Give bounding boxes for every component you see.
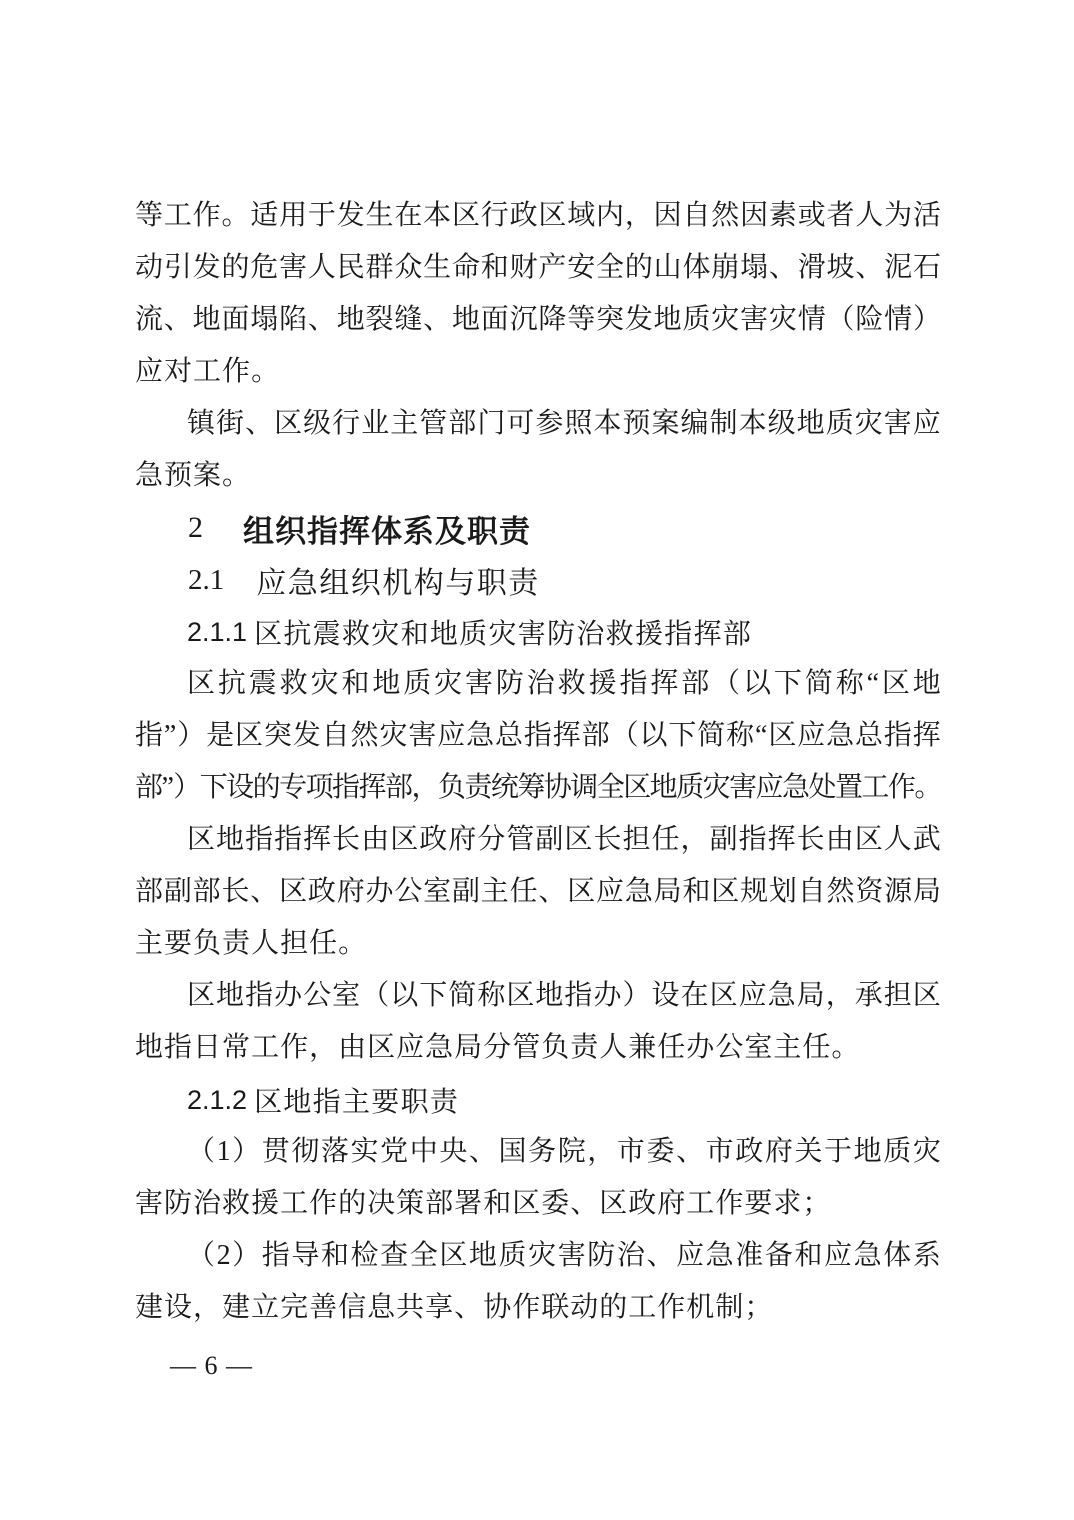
character: 以 [639,710,667,762]
character: 府 [657,1178,685,1230]
character: ） [232,1230,260,1282]
character: 山 [654,242,682,294]
character: 地 [650,762,676,814]
character: 下 [774,658,802,710]
character: 和 [682,866,710,918]
character: 以 [743,658,771,710]
character: 然 [351,710,379,762]
character: 建 [222,1282,250,1334]
character: 等 [135,190,163,242]
character: 和 [794,1230,822,1282]
character: 害 [279,242,307,294]
character: 备 [765,1230,793,1282]
character: 门 [477,398,505,450]
text-line: 部副部长、区政府办公室副主任、区应急局和区规划自然资源局 [135,866,941,918]
character: ； [802,1178,830,1230]
character: ） [913,294,941,346]
character: 制 [715,1282,743,1334]
character: 可 [506,398,534,450]
text-line: 区抗震救灾和地质灾害防治救援指挥部（以下简称“区地 [135,658,941,710]
character: 办 [593,970,621,1022]
character: 灾 [703,762,729,814]
character: 急 [425,1022,453,1074]
heading-line: 2.1应急组织机构与职责 [135,554,941,606]
character: 动 [570,1282,598,1334]
character: 沉 [510,294,538,346]
character: 作 [309,1178,337,1230]
character: 工 [251,1022,279,1074]
character: 人 [308,242,336,294]
character: 区 [274,398,302,450]
character: ） [177,710,205,762]
character: 区 [711,866,739,918]
character: 公 [394,866,422,918]
character: 、 [646,1230,674,1282]
character: 称 [836,658,864,710]
character: 援 [251,1178,279,1230]
character: 府 [448,814,476,866]
character: 本 [423,190,451,242]
character: 区 [439,1230,467,1282]
character: 部 [193,866,221,918]
heading-number: 2.1.2 [187,1085,247,1116]
character: 制 [710,398,738,450]
text-line: 建设，建立完善信息共享、协作联动的工作机制； [135,1282,941,1334]
character: ， [625,190,653,242]
character: 自 [798,866,826,918]
character: 全 [597,762,623,814]
character: 救 [222,1178,250,1230]
character: 地 [372,658,400,710]
character: 指 [245,814,273,866]
character: 应 [396,1022,424,1074]
character: 质 [826,398,854,450]
character: ” [164,710,176,762]
character: 武 [913,814,941,866]
character: 动 [135,242,163,294]
character: 适 [250,190,278,242]
character: 工 [164,190,192,242]
character: 总 [495,710,523,762]
character: 急 [826,710,854,762]
character: 局 [913,866,941,918]
paragraph: 镇街、区级行业主管部门可参照本预案编制本级地质灾害应急预案。 [135,398,941,502]
character: 急 [625,866,653,918]
character: ， [411,762,437,814]
character: 塌 [740,242,768,294]
character: 党 [380,1126,408,1178]
character: 灾 [311,658,339,710]
character: 负 [438,762,464,814]
character: 因 [654,190,682,242]
character: 信 [338,1282,366,1334]
character: 区 [452,190,480,242]
character: 和 [321,1230,349,1282]
character: 区 [855,814,883,866]
character: 工 [628,1282,656,1334]
character: 在 [394,190,422,242]
character: 急 [854,1230,882,1282]
character: 区 [187,814,215,866]
character: 镇 [187,398,215,450]
character: 者 [827,190,855,242]
character: 发 [293,710,321,762]
character: 准 [735,1230,763,1282]
character: 和 [341,658,369,710]
character: 局 [654,866,682,918]
character: 长 [221,866,249,918]
character: 长 [332,814,360,866]
character: 源 [884,866,912,918]
character: ， [309,1022,337,1074]
character: 策 [396,1178,424,1230]
character: （ [611,710,639,762]
character: 全 [596,242,624,294]
character: 区 [187,658,215,710]
text-line: 指”）是区突发自然灾害应急总指挥部（以下简称“区应急总指挥 [135,710,941,762]
character: 区 [882,658,910,710]
character: 灾 [379,710,407,762]
character: 和 [483,1178,511,1230]
character: 责 [570,1022,598,1074]
character: 灾 [528,1230,556,1282]
character: 地 [469,1230,497,1282]
character: 危 [250,242,278,294]
text-line: 地指日常工作，由区应急局分管负责人兼任办公室主任。 [135,1022,941,1074]
section-heading: 2.1.1区抗震救灾和地质灾害防治救援指挥部 [135,606,941,658]
document-page: 等工作。适用于发生在本区行政区域内，因自然因素或者人为活动引发的危害人民群众生命… [0,0,1074,1520]
character: 害 [729,762,755,814]
character: 责 [222,918,250,970]
text-line: 流、地面塌陷、地裂缝、地面沉降等突发地质灾害灾情（险情） [135,294,941,346]
heading-number: 2 [188,511,203,545]
section-heading: 2组织指挥体系及职责 [135,502,941,554]
character: 挥 [553,710,581,762]
character: 区 [623,762,649,814]
character: 设 [226,762,252,814]
character: 统 [491,762,517,814]
character: 区 [538,190,566,242]
character: 指 [739,814,767,866]
character: 署 [454,1178,482,1230]
character: 急 [782,762,808,814]
character: 自 [322,710,350,762]
character: 部 [582,710,610,762]
character: 政 [628,1178,656,1230]
character: 作 [222,346,250,398]
character: 引 [164,242,192,294]
character: 质 [499,1230,527,1282]
character: 简 [697,710,725,762]
character: ， [681,814,709,866]
character: 专 [279,762,305,814]
character: 指 [135,710,163,762]
character: 下 [200,762,226,814]
character: 援 [589,658,617,710]
character: 称 [726,710,754,762]
character: 决 [367,1178,395,1230]
character: 设 [164,1282,192,1334]
character: ） [232,1126,260,1178]
character: 灾 [769,294,797,346]
character: 害 [558,1230,586,1282]
character: 和 [481,242,509,294]
character: 地 [193,294,221,346]
character: 预 [622,398,650,450]
character: 主 [773,1022,801,1074]
character: 委 [646,1126,674,1178]
text-line: （2）指导和检查全区地质灾害防治、应急准备和应急体系 [135,1230,941,1282]
character: 指 [884,710,912,762]
character: 长 [797,814,825,866]
character: 分 [483,1022,511,1074]
character: 作 [280,1022,308,1074]
character: 是 [206,710,234,762]
character: 室 [744,1022,772,1074]
character: 人 [251,918,279,970]
character: 办 [274,970,302,1022]
text-line: 害防治救援工作的决策部署和区委、区政府工作要求； [135,1178,941,1230]
character: 照 [564,398,592,450]
character: 作 [193,190,221,242]
character: 灾 [711,294,739,346]
character: 地 [654,294,682,346]
character: 泥 [884,242,912,294]
character: 灾 [855,398,883,450]
character: 、 [164,294,192,346]
character: 本 [739,398,767,450]
character: 工 [686,1178,714,1230]
character: 政 [419,814,447,866]
character: 以 [390,970,418,1022]
character: 治 [193,1178,221,1230]
character: 划 [769,866,797,918]
heading-text: 区抗震救灾和地质灾害防治救援指挥部 [254,612,752,652]
document-content: 等工作。适用于发生在本区行政区域内，因自然因素或者人为活动引发的危害人民群众生命… [135,190,941,1334]
character: 。 [251,346,279,398]
character: 全 [410,1230,438,1282]
heading-text: 组织指挥体系及职责 [243,506,531,551]
character: 、 [308,294,336,346]
character: 。 [221,190,249,242]
character: 下 [668,710,696,762]
character: 规 [740,866,768,918]
section-heading: 2.1.2区地指主要职责 [135,1074,941,1126]
character: 部 [448,398,476,450]
character: 资 [855,866,883,918]
character: 地 [797,398,825,450]
character: 落 [321,1126,349,1178]
character: 地 [216,970,244,1022]
character: 副 [710,814,738,866]
character: 。 [914,762,940,814]
character: 管 [419,398,447,450]
character: 查 [380,1230,408,1282]
character: 办 [686,1022,714,1074]
character: （ [827,294,855,346]
character: 、 [570,1178,598,1230]
character: 府 [337,866,365,918]
paragraph: 区抗震救灾和地质灾害防治救援指挥部（以下简称“区地指”）是区突发自然灾害应急总指… [135,658,941,814]
character: 作 [657,1282,685,1334]
character: 共 [396,1282,424,1334]
character: 塌 [250,294,278,346]
character: 地 [913,658,941,710]
character: 置 [835,762,861,814]
character: 灾 [434,658,462,710]
character: 人 [884,814,912,866]
character: 部 [385,762,411,814]
character: 在 [681,970,709,1022]
character: 建 [135,1282,163,1334]
character: 编 [681,398,709,450]
character: 承 [855,970,883,1022]
character: （ [187,1126,215,1178]
character: 体 [682,242,710,294]
character: 面 [221,294,249,346]
character: 害 [740,294,768,346]
character: 局 [454,1022,482,1074]
character: 立 [251,1282,279,1334]
heading-line: 2.1.2区地指主要职责 [135,1074,941,1126]
character: 副 [452,866,480,918]
character: 体 [883,1230,911,1282]
character: 区 [390,814,418,866]
character: 、 [855,242,883,294]
character: （ [712,658,740,710]
character: 应 [135,346,163,398]
character: 检 [351,1230,379,1282]
character: 挥 [650,658,678,710]
character: 险 [855,294,883,346]
character: 完 [280,1282,308,1334]
character: 陷 [279,294,307,346]
text-line: 动引发的危害人民群众生命和财产安全的山体崩塌、滑坡、泥石 [135,242,941,294]
character: 常 [222,1022,250,1074]
character: 局 [797,970,825,1022]
character: 由 [338,1022,366,1074]
character: 日 [193,1022,221,1074]
heading-number: 2.1 [188,564,224,597]
character: 预 [164,450,192,502]
character: 调 [570,762,596,814]
character: 地 [854,1126,882,1178]
character: 1 [217,1126,231,1178]
character: 指 [245,970,273,1022]
heading-number: 2.1.1 [187,617,247,648]
character: 作 [512,1282,540,1334]
character: 担 [884,970,912,1022]
character: 简 [805,658,833,710]
character: 主 [135,918,163,970]
character: 级 [303,398,331,450]
character: 级 [768,398,796,450]
character: 工 [280,1178,308,1230]
character: 地 [535,970,563,1022]
character: 导 [291,1230,319,1282]
character: 筹 [517,762,543,814]
character: 公 [715,1022,743,1074]
character: 情 [884,294,912,346]
character: 群 [366,242,394,294]
character: 生 [423,242,451,294]
paragraph: 区地指办公室（以下简称区地指办）设在区应急局，承担区地指日常工作，由区应急局分管… [135,970,941,1074]
character: 突 [264,710,292,762]
character: 副 [164,866,192,918]
character: 区 [913,970,941,1022]
character: 崩 [711,242,739,294]
character: 公 [303,970,331,1022]
character: 案 [652,398,680,450]
character: 工 [193,346,221,398]
character: 善 [309,1282,337,1334]
character: 石 [913,242,941,294]
character: 、 [538,866,566,918]
character: 任 [510,866,538,918]
paragraph: （2）指导和检查全区地质灾害防治、应急准备和应急体系建设，建立完善信息共享、协作… [135,1230,941,1334]
heading-line: 2.1.1区抗震救灾和地质灾害防治救援指挥部 [135,606,941,658]
character: 急 [768,970,796,1022]
character: 2 [217,1230,231,1282]
character: 挥 [913,710,941,762]
character: 作 [888,762,914,814]
character: 活 [913,190,941,242]
character: 院 [558,1126,586,1178]
character: 挥 [303,814,331,866]
character: 用 [279,190,307,242]
character: 负 [541,1022,569,1074]
character: 指 [262,1230,290,1282]
character: 政 [735,1126,763,1178]
character: （ [187,1230,215,1282]
character: 治 [527,658,555,710]
character: 息 [367,1282,395,1334]
character: 区 [768,710,796,762]
character: ） [622,970,650,1022]
character: 的 [625,242,653,294]
character: 部 [135,866,163,918]
character: ） [173,762,199,814]
character: 协 [544,762,570,814]
character: “ [755,710,767,762]
character: 挥 [768,814,796,866]
character: 的 [221,242,249,294]
heading-line: 2组织指挥体系及职责 [135,502,941,554]
character: ， [193,1282,221,1334]
character: 、 [469,1126,497,1178]
character: 责 [464,762,490,814]
character: 缝 [394,294,422,346]
character: 指 [274,814,302,866]
character: 防 [164,1178,192,1230]
character: 自 [682,190,710,242]
character: 区 [567,866,595,918]
character: 彻 [291,1126,319,1178]
character: 贯 [262,1126,290,1178]
character: 管 [506,814,534,866]
character: 质 [676,762,702,814]
text-line: 部”）下设的专项指挥部，负责统筹协调全区地质灾害应急处置工作。 [135,762,941,814]
character: 应 [437,710,465,762]
character: 室 [332,970,360,1022]
character: 指 [164,1022,192,1074]
character: 于 [308,190,336,242]
character: 害 [884,398,912,450]
character: 指 [619,658,647,710]
character: 联 [541,1282,569,1334]
character: 安 [567,242,595,294]
character: 因 [740,190,768,242]
